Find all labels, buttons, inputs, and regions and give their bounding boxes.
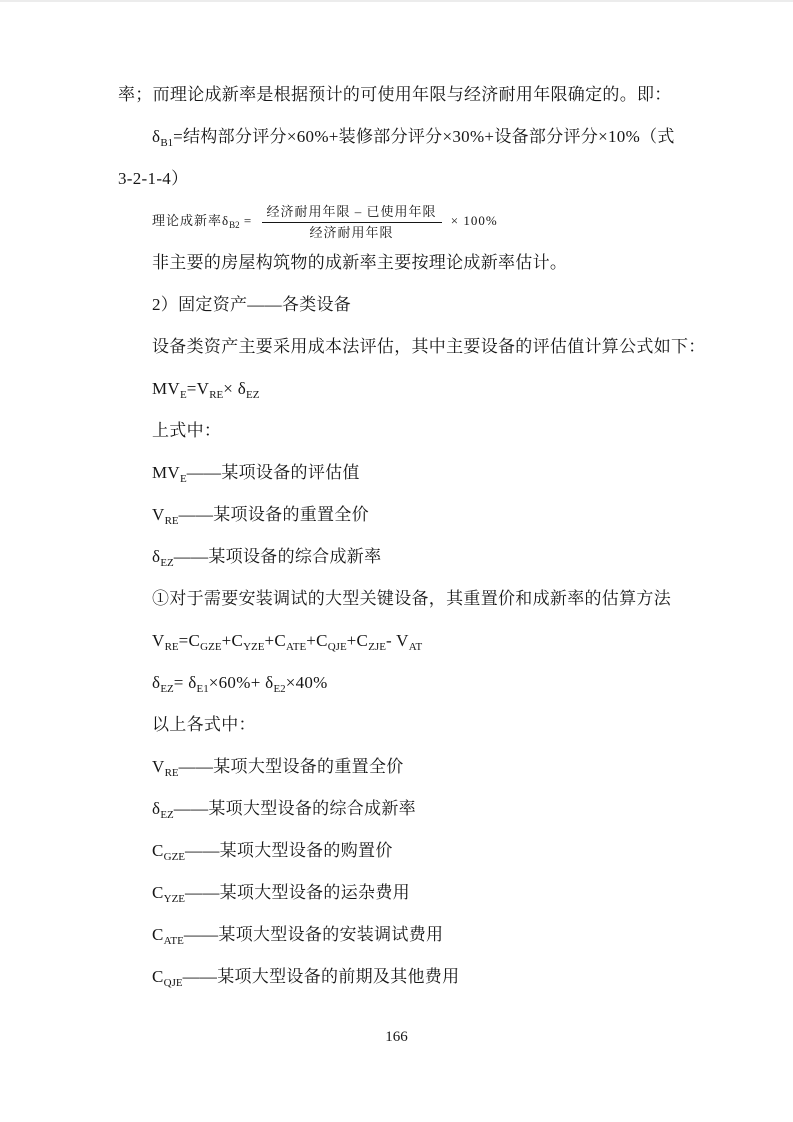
- para-non-main-structures: 非主要的房屋构筑物的成新率主要按理论成新率估计。: [118, 242, 703, 284]
- subscript: E: [180, 389, 187, 401]
- text-run: 3-2-1-4）: [118, 169, 188, 188]
- text-run: =结构部分评分×60%+装修部分评分×30%+设备部分评分×10%（式: [173, 127, 675, 146]
- subscript: B1: [160, 137, 173, 149]
- formula-vre-sum: VRE=CGZE+CYZE+CATE+CQJE+CZJE- VAT: [118, 620, 703, 662]
- text-run: ——某项设备的评估值: [187, 463, 360, 482]
- text-run: 以上各式中：: [152, 715, 256, 734]
- fraction-denominator: 经济耐用年限: [310, 223, 394, 241]
- formula-ref-3-2-1-4: 3-2-1-4）: [118, 158, 703, 200]
- text-run: MV: [152, 463, 180, 482]
- formula-delta-ez-weighted: δEZ= δE1×60%+ δE2×40%: [118, 662, 703, 704]
- subscript: GZE: [200, 641, 221, 653]
- subscript: ZJE: [368, 641, 386, 653]
- subscript: EZ: [160, 683, 173, 695]
- text-run: V: [152, 631, 165, 650]
- text-run: 理论成新率δ: [152, 213, 229, 228]
- label-in-all-above-formulas: 以上各式中：: [118, 704, 703, 746]
- formula-mve: MVE=VRE× δEZ: [118, 368, 703, 410]
- text-run: MV: [152, 379, 180, 398]
- subscript: GZE: [164, 851, 185, 863]
- subscript: E1: [197, 683, 209, 695]
- text-run: 率；而理论成新率是根据预计的可使用年限与经济耐用年限确定的。即：: [118, 85, 672, 104]
- text-run: V: [152, 505, 165, 524]
- subscript: E2: [273, 683, 285, 695]
- text-run: V: [152, 757, 165, 776]
- text-run: ——某项设备的综合成新率: [174, 547, 382, 566]
- text-run: ——某项大型设备的重置全价: [179, 757, 404, 776]
- subscript: EZ: [246, 389, 259, 401]
- text-run: +C: [264, 631, 286, 650]
- formula-delta-b1: δB1=结构部分评分×60%+装修部分评分×30%+设备部分评分×10%（式: [118, 116, 703, 158]
- subscript: E: [180, 473, 187, 485]
- text-run: ×60%+ δ: [209, 673, 274, 692]
- subscript: QJE: [164, 977, 183, 989]
- text-run: =: [240, 213, 257, 228]
- heading-fixed-assets-equipment: 2）固定资产——各类设备: [118, 284, 703, 326]
- subscript: QJE: [328, 641, 347, 653]
- subscript: B2: [229, 220, 240, 230]
- para-rate-theory: 率；而理论成新率是根据预计的可使用年限与经济耐用年限确定的。即：: [118, 74, 703, 116]
- document-body: 率；而理论成新率是根据预计的可使用年限与经济耐用年限确定的。即：δB1=结构部分…: [0, 2, 793, 998]
- def-delta-ez-large: δEZ——某项大型设备的综合成新率: [118, 788, 703, 830]
- text-run: = δ: [174, 673, 197, 692]
- def-mve: MVE——某项设备的评估值: [118, 452, 703, 494]
- para-large-key-equipment: ①对于需要安装调试的大型关键设备，其重置价和成新率的估算方法: [118, 578, 703, 620]
- subscript: RE: [165, 641, 179, 653]
- def-cqje: CQJE——某项大型设备的前期及其他费用: [118, 956, 703, 998]
- def-cate: CATE——某项大型设备的安装调试费用: [118, 914, 703, 956]
- text-run: - V: [386, 631, 409, 650]
- subscript: ATE: [286, 641, 306, 653]
- def-vre: VRE——某项设备的重置全价: [118, 494, 703, 536]
- text-run: +C: [222, 631, 244, 650]
- fraction-numerator: 经济耐用年限 – 已使用年限: [262, 204, 442, 223]
- text-run: ——某项大型设备的综合成新率: [174, 799, 416, 818]
- text-run: 2）固定资产——各类设备: [152, 295, 351, 314]
- text-run: ——某项大型设备的购置价: [185, 841, 393, 860]
- text-run: C: [152, 967, 164, 986]
- para-equipment-cost-method: 设备类资产主要采用成本法评估，其中主要设备的评估值计算公式如下：: [118, 326, 703, 368]
- text-run: C: [152, 883, 164, 902]
- text-run: × 100%: [447, 213, 498, 228]
- text-run: ×40%: [286, 673, 328, 692]
- text-run: 上式中：: [152, 421, 221, 440]
- def-vre-large: VRE——某项大型设备的重置全价: [118, 746, 703, 788]
- def-cyze: CYZE——某项大型设备的运杂费用: [118, 872, 703, 914]
- page-number: 166: [0, 1024, 793, 1050]
- text-run: ①对于需要安装调试的大型关键设备，其重置价和成新率的估算方法: [152, 589, 671, 608]
- subscript: RE: [165, 515, 179, 527]
- text-run: 非主要的房屋构筑物的成新率主要按理论成新率估计。: [152, 253, 567, 272]
- subscript: RE: [165, 767, 179, 779]
- text-run: ——某项大型设备的安装调试费用: [184, 925, 444, 944]
- text-run: × δ: [223, 379, 246, 398]
- subscript: AT: [409, 641, 422, 653]
- subscript: EZ: [160, 809, 173, 821]
- text-run: +C: [306, 631, 328, 650]
- def-cgze: CGZE——某项大型设备的购置价: [118, 830, 703, 872]
- subscript: YZE: [243, 641, 264, 653]
- text-run: =C: [179, 631, 201, 650]
- formula-theoretical-newness-rate: 理论成新率δB2 = 经济耐用年限 – 已使用年限经济耐用年限 × 100%: [118, 200, 703, 242]
- text-run: ——某项大型设备的前期及其他费用: [183, 967, 460, 986]
- def-delta-ez: δEZ——某项设备的综合成新率: [118, 536, 703, 578]
- text-run: =V: [187, 379, 209, 398]
- fraction: 经济耐用年限 – 已使用年限经济耐用年限: [262, 204, 442, 240]
- text-run: ——某项设备的重置全价: [179, 505, 369, 524]
- document-page: 率；而理论成新率是根据预计的可使用年限与经济耐用年限确定的。即：δB1=结构部分…: [0, 0, 793, 1122]
- subscript: RE: [209, 389, 223, 401]
- text-run: ——某项大型设备的运杂费用: [185, 883, 410, 902]
- label-in-above-formula: 上式中：: [118, 410, 703, 452]
- text-run: +C: [347, 631, 369, 650]
- text-run: C: [152, 841, 164, 860]
- text-run: 设备类资产主要采用成本法评估，其中主要设备的评估值计算公式如下：: [152, 337, 706, 356]
- text-run: C: [152, 925, 164, 944]
- subscript: YZE: [164, 893, 185, 905]
- subscript: EZ: [160, 557, 173, 569]
- subscript: ATE: [164, 935, 184, 947]
